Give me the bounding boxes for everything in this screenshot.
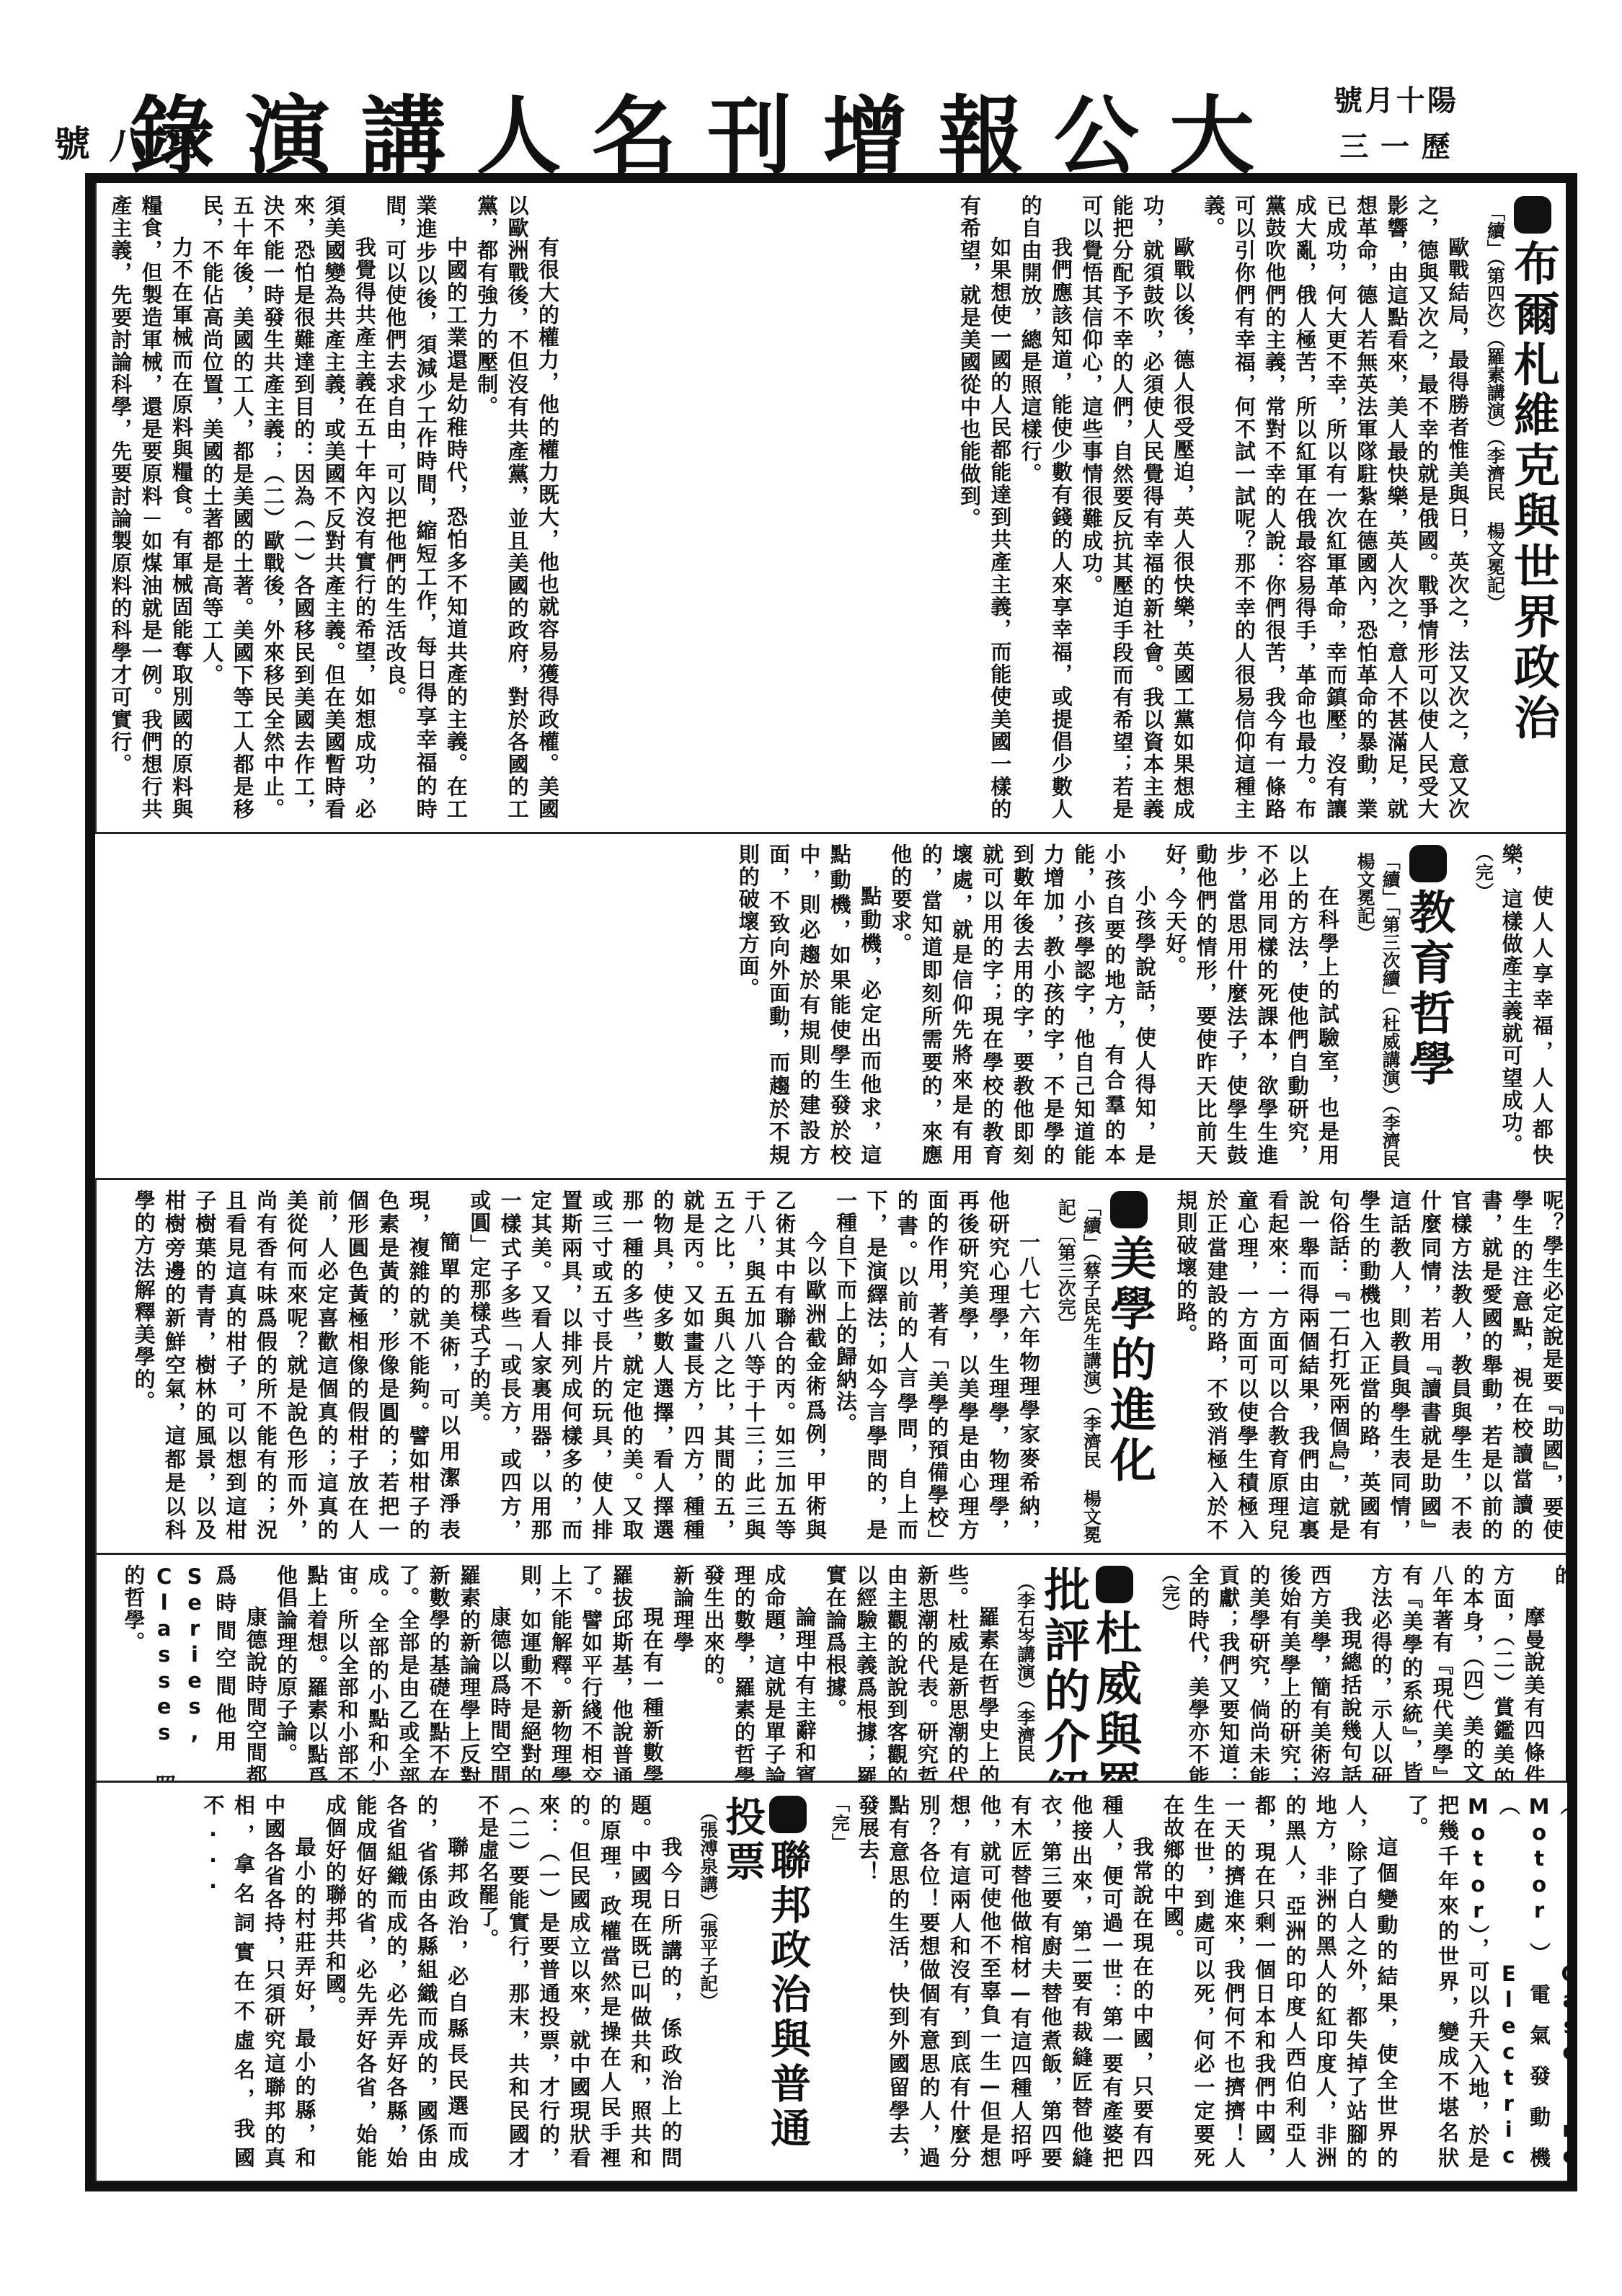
article-federal: 聯邦政治與普通投票 （張溥泉講）（張平子記） 我今日所講的，係政治上的問題。中國… xyxy=(95,1783,817,2181)
title-char: 名 xyxy=(592,94,677,179)
bullet-icon xyxy=(1514,196,1551,234)
issue-prefix: 第 xyxy=(165,115,201,169)
date-char: 陽 xyxy=(1427,78,1456,124)
date-char: 月 xyxy=(1365,78,1393,124)
article-preface: 使人人享幸福，人人都快樂，這樣做產主義就可望成功。 （完） xyxy=(1461,832,1566,1178)
bullet-icon xyxy=(1409,845,1447,882)
title-char: 報 xyxy=(939,94,1024,179)
date-char: 一 xyxy=(1381,124,1409,170)
headline: 聯邦政治與普通投票 xyxy=(720,1783,817,2181)
issue-suffix: 號 xyxy=(54,115,90,169)
issue-ordinal: 八 xyxy=(109,115,146,169)
article-body: 一八七六年物理學家麥希納，他研究心理學，生理學，物理學，再後研究美學，以美學是由… xyxy=(120,1178,1052,1553)
title-char: 公 xyxy=(1054,94,1139,179)
bullet-icon xyxy=(1110,1191,1148,1228)
band-top: 布爾札維克與世界政治 「續」（第四次）（羅素講演）（李濟民 楊文冕記） 歐戰結局… xyxy=(95,183,1566,834)
article-bolshevik: 布爾札維克與世界政治 「續」（第四次）（羅素講演）（李濟民 楊文冕記） 歐戰結局… xyxy=(931,183,1566,832)
byline: （張溥泉講）（張平子記） xyxy=(694,1783,719,2011)
byline: 「續」「第三次續」（杜威講演）（李濟民 楊文冕記） xyxy=(1352,832,1402,1178)
bullet-icon xyxy=(1096,1566,1133,1603)
newspaper-title: 大 公 報 增 刊 名 人 講 演 錄 xyxy=(130,94,1254,179)
article-header: 教育哲學 「續」「第三次續」（杜威講演）（李濟民 楊文冕記） xyxy=(1352,832,1461,1178)
date-char: 十 xyxy=(1396,78,1425,124)
date-char: 三 xyxy=(1339,124,1368,170)
date-line-1: 陽 十 月 號 xyxy=(1334,78,1456,124)
date-line-2: 歷 一 三 xyxy=(1334,124,1456,170)
article-aesthetics-intro: 現在問中國的學生何以要讀書呢？學生必定說是要『助國』，要使學生的注意點，視在校讀… xyxy=(1162,1178,1566,1553)
article-body: 兩個在精神方面的叫做德先生（就是德謨克拉西），民治主義。在物質方面的叫做賽先生（… xyxy=(817,1783,1567,2181)
article-body: 歐戰結局，最得勝者惟美與日，英次之，法又次之，意又次之，德與又次之，最不幸的就是… xyxy=(946,183,1482,832)
article-body: 有很大的權力，他的權力既大，他也就容易獲得政權。美國以歐洲戰後，不但沒有共產黨，… xyxy=(97,183,572,832)
byline: 「續」（蔡子民先生講演）（李濟民 楊文冕記）〔第三次完〕 xyxy=(1052,1178,1103,1553)
title-char: 大 xyxy=(1169,94,1254,179)
article-header: 聯邦政治與普通投票 （張溥泉講）（張平子記） xyxy=(694,1783,817,2181)
article-world-development: 兩個在精神方面的叫做德先生（就是德謨克拉西），民治主義。在物質方面的叫做賽先生（… xyxy=(817,1783,1567,2181)
band-lower: 兩個在精神方面的叫做德先生（就是德謨克拉西），民治主義。在物質方面的叫做賽先生（… xyxy=(95,1781,1567,2181)
issue-number: 第 八 號 xyxy=(54,115,201,169)
byline: 「續」（第四次）（羅素講演）（李濟民 楊文冕記） xyxy=(1481,183,1507,612)
date-char: 歷 xyxy=(1422,124,1450,170)
headline: 教育哲學 xyxy=(1402,832,1461,1090)
title-char: 刊 xyxy=(707,94,792,179)
date-block: 陽 十 月 號 歷 一 三 xyxy=(1334,78,1456,170)
bullet-icon xyxy=(769,1796,807,1833)
article-header: 美學的進化 「續」（蔡子民先生講演）（李濟民 楊文冕記）〔第三次完〕 xyxy=(1052,1178,1162,1553)
article-education: 使人人享幸福，人人都快樂，這樣做產主義就可望成功。 （完） 教育哲學 「續」「第… xyxy=(95,832,1566,1178)
headline: 美學的進化 xyxy=(1103,1178,1162,1486)
band-education: 使人人享幸福，人人都快樂，這樣做產主義就可望成功。 （完） 教育哲學 「續」「第… xyxy=(95,832,1566,1180)
article-body: 現在問中國的學生何以要讀書呢？學生必定說是要『助國』，要使學生的注意點，視在校讀… xyxy=(1162,1178,1566,1553)
article-header: 布爾札維克與世界政治 「續」（第四次）（羅素講演）（李濟民 楊文冕記） xyxy=(1481,183,1566,832)
title-char: 講 xyxy=(360,94,446,179)
article-body: 我今日所講的，係政治上的問題。中國現在既已叫做共和，照共和的原理，政權當然是操在… xyxy=(189,1783,694,2181)
band-aesthetics: 現在問中國的學生何以要讀書呢？學生必定說是要『助國』，要使學生的注意點，視在校讀… xyxy=(95,1178,1566,1555)
date-char: 號 xyxy=(1334,78,1362,124)
title-char: 人 xyxy=(477,94,562,179)
article-aesthetics: 美學的進化 「續」（蔡子民先生講演）（李濟民 楊文冕記）〔第三次完〕 一八七六年… xyxy=(95,1178,1162,1553)
title-char: 增 xyxy=(823,94,908,179)
article-bolshevik-continued: 有很大的權力，他的權力既大，他也就容易獲得政權。美國以歐洲戰後，不但沒有共產黨，… xyxy=(95,183,931,832)
article-body: 在科學上的試驗室，也是用以上的方法，使他們自動研究，不必用同樣的死課本，欲學生進… xyxy=(724,832,1352,1178)
masthead: 陽 十 月 號 歷 一 三 大 公 報 增 刊 名 人 講 演 錄 第 八 號 xyxy=(0,0,1622,173)
headline: 布爾札維克與世界政治 xyxy=(1507,183,1566,744)
title-char: 演 xyxy=(245,94,330,179)
